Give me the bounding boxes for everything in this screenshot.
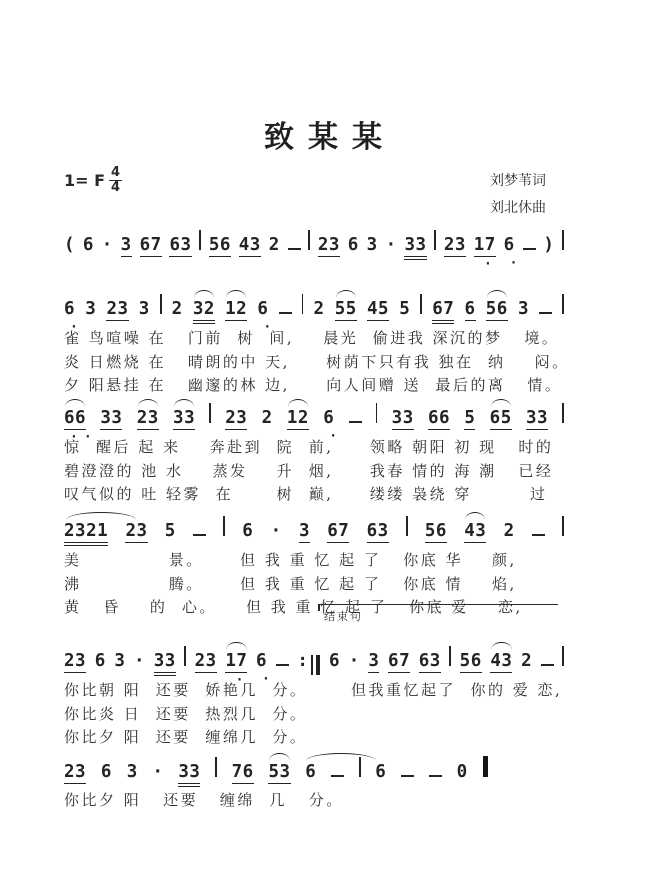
note-token: 63 <box>367 522 389 543</box>
lyric-line: 美 景。 但 我 重 忆 起 了 你底 华 颜, <box>64 549 564 573</box>
dash-extension <box>539 312 552 314</box>
dotted-note-dot: · <box>153 763 164 782</box>
note-token: 6 <box>329 652 340 671</box>
dotted-note-dot: · <box>349 652 360 671</box>
note-token: 2 <box>314 300 325 319</box>
barline <box>449 646 451 666</box>
note-token: 56 <box>460 652 482 673</box>
dash-extension <box>401 775 414 777</box>
dotted-note-dot: · <box>102 236 113 255</box>
note-token: 23 <box>106 300 128 321</box>
lyrics-block: 你比夕 阳 还要 缠绵 几 分。 <box>64 789 488 813</box>
octave-dot: ·· <box>64 435 86 441</box>
note-token: 6 <box>348 236 359 255</box>
note-token: 33 <box>154 652 176 673</box>
system-2: 6·3233232126·255455676563雀 鸟喧噪 在 门前 树 间,… <box>64 285 564 398</box>
barline <box>302 294 304 314</box>
note-token: 45 <box>367 300 389 321</box>
barline <box>215 757 217 777</box>
note-token: 6 <box>465 300 476 321</box>
lyric-line: 惊 醒后 起 来 奔赴到 院 前, 领略 朝阳 初 现 时的 <box>64 436 564 460</box>
lyric-line: 你比炎 日 还要 热烈几 分。 <box>64 703 564 727</box>
song-title: 致某某 <box>0 112 646 156</box>
note-token: 33 <box>100 409 122 430</box>
octave-dot: · <box>474 262 496 268</box>
note-token: 3 <box>114 652 125 671</box>
note-token: 33 <box>178 763 200 784</box>
note-token: 76 <box>232 763 254 784</box>
note-token: 6 <box>242 522 253 541</box>
sheet-music-page: 致某某 1= F 4 4 刘梦苇词 刘北休曲 结束句 (6·3676356432… <box>0 0 646 876</box>
note-token: 23 <box>225 409 247 430</box>
note-token: 3 <box>368 652 379 673</box>
lyric-line: 你比夕 阳 还要 缠绵 几 分。 <box>64 789 488 813</box>
note-token: 23 <box>64 652 86 673</box>
note-token: 23 <box>195 652 217 673</box>
system-5: 2363·332317·6·:6·3676356432你比朝 阳 还要 娇艳几 … <box>64 637 564 750</box>
octave-dot: · <box>257 325 268 331</box>
repeat-sign: : <box>297 652 320 671</box>
note-token: 2 <box>269 236 280 255</box>
note-token: 3 <box>518 300 529 319</box>
lyricist-credit: 刘梦苇词 <box>490 168 546 195</box>
note-token: 67 <box>432 300 454 321</box>
octave-dot: · <box>64 325 75 331</box>
lyrics-block: 惊 醒后 起 来 奔赴到 院 前, 领略 朝阳 初 现 时的碧澄澄的 池 水 蒸… <box>64 436 564 507</box>
system-6: 2363·337653660你比夕 阳 还要 缠绵 几 分。 <box>64 747 488 813</box>
final-barline <box>483 756 489 777</box>
dash-extension <box>523 248 536 250</box>
dash-extension <box>541 664 554 666</box>
note-token: 23 <box>444 236 466 257</box>
note-token: 5 <box>399 300 410 319</box>
meter-upper: 4 <box>109 166 122 181</box>
note-token: 56 <box>209 236 231 257</box>
lyrics-block: 雀 鸟喧噪 在 门前 树 间, 晨光 偷进我 深沉的梦 境。炎 日燃烧 在 晴朗… <box>64 327 564 398</box>
note-token: 2 <box>504 522 515 541</box>
note-token: 3 <box>299 522 310 543</box>
lyric-line: 沸 腾。 但 我 重 忆 起 了 你底 情 焰, <box>64 573 564 597</box>
time-signature: 4 4 <box>109 166 122 194</box>
note-token: 56 <box>486 300 508 321</box>
lyric-line: 碧澄澄的 池 水 蒸发 升 烟, 我春 情的 海 潮 已经 <box>64 460 564 484</box>
key-signature: 1= F 4 4 <box>64 166 122 194</box>
dotted-note-dot: · <box>386 236 397 255</box>
note-token: 6 <box>83 236 94 255</box>
note-token: 65 <box>490 409 512 430</box>
barline <box>406 516 408 536</box>
note-line: 2363·332317·6·:6·3676356432 <box>64 637 564 676</box>
note-line: 2363·337653660 <box>64 747 488 786</box>
note-token: 2 <box>521 652 532 671</box>
note-token: 23 <box>318 236 340 257</box>
lyric-line: 叹气似的 吐 轻雾 在 树 巅, 缕缕 袅绕 穿 过 <box>64 483 564 507</box>
barline <box>160 294 162 314</box>
dash-extension <box>349 421 362 423</box>
note-token: 33 <box>526 409 548 430</box>
lyric-line: 雀 鸟喧噪 在 门前 树 间, 晨光 偷进我 深沉的梦 境。 <box>64 327 564 351</box>
note-token: 6 <box>305 763 316 782</box>
note-token: 67 <box>140 236 162 257</box>
note-token: 2 <box>172 300 183 319</box>
dash-extension <box>193 534 206 536</box>
dotted-note-dot: · <box>134 652 145 671</box>
note-token: 3 <box>367 236 378 255</box>
note-line: 23212356·3676356432 <box>64 507 564 546</box>
note-token: 5 <box>165 522 176 541</box>
note-token: 6· <box>504 236 515 255</box>
note-line: (6·36763564322363·332317·6·) <box>64 221 564 260</box>
note-token: 33 <box>392 409 414 430</box>
composer-credit: 刘北休曲 <box>490 195 546 222</box>
note-token: 2 <box>262 409 273 428</box>
parenthesis: ) <box>543 236 554 255</box>
barline <box>376 403 378 423</box>
meter-lower: 4 <box>109 181 122 195</box>
note-token: 67 <box>388 652 410 673</box>
note-token: 32 <box>193 300 215 321</box>
note-token: 17· <box>225 652 247 673</box>
octave-dot: · <box>323 434 334 440</box>
system-3: 66··332333232126·336656533惊 醒后 起 来 奔赴到 院… <box>64 394 564 507</box>
note-token: 5 <box>464 409 475 430</box>
note-token: 33 <box>404 236 426 257</box>
note-line: 6·3233232126·255455676563 <box>64 285 564 324</box>
parenthesis: ( <box>64 236 75 255</box>
credits: 刘梦苇词 刘北休曲 <box>490 168 546 223</box>
barline <box>562 403 564 423</box>
barline <box>562 646 564 666</box>
lyric-line: 你比夕 阳 还要 缠绵几 分。 <box>64 726 564 750</box>
dotted-note-dot: · <box>271 522 282 541</box>
note-token: 3 <box>85 300 96 319</box>
note-token: 53 <box>268 763 290 784</box>
dash-extension <box>532 534 545 536</box>
note-token: 17· <box>474 236 496 257</box>
barline <box>562 516 564 536</box>
octave-dot: · <box>504 261 515 267</box>
dash-extension <box>279 312 292 314</box>
barline <box>420 294 422 314</box>
note-token: 55 <box>335 300 357 321</box>
note-token: 43 <box>464 522 486 543</box>
note-token: 0 <box>457 763 468 782</box>
note-token: 23 <box>137 409 159 430</box>
system-4: 23212356·3676356432美 景。 但 我 重 忆 起 了 你底 华… <box>64 507 564 620</box>
note-token: 3 <box>127 763 138 782</box>
dash-extension <box>331 775 344 777</box>
barline <box>562 294 564 314</box>
note-token: 23 <box>125 522 147 543</box>
note-token: 2321 <box>64 522 108 543</box>
note-token: 6 <box>101 763 112 782</box>
barline <box>308 230 310 250</box>
barline <box>209 403 211 423</box>
note-token: 43 <box>490 652 512 673</box>
note-token: 66 <box>428 409 450 430</box>
lyrics-block: 你比朝 阳 还要 娇艳几 分。 但我重忆起了 你的 爱 恋,你比炎 日 还要 热… <box>64 679 564 750</box>
octave-dot: · <box>256 677 267 683</box>
dash-extension <box>429 775 442 777</box>
note-token: 6· <box>64 300 75 319</box>
note-token: 66·· <box>64 409 86 430</box>
octave-dot: · <box>225 678 247 684</box>
note-token: 3 <box>121 236 132 257</box>
note-token: 6 <box>375 763 386 782</box>
lyric-line: 炎 日燃烧 在 晴朗的中 天, 树荫下只有我 独在 纳 闷。 <box>64 351 564 375</box>
barline <box>434 230 436 250</box>
barline <box>223 516 225 536</box>
barline <box>184 646 186 666</box>
note-token: 3 <box>139 300 150 319</box>
barline <box>199 230 201 250</box>
note-token: 23 <box>64 763 86 784</box>
note-token: 63 <box>169 236 191 257</box>
note-token: 12 <box>225 300 247 321</box>
system-1: (6·36763564322363·332317·6·) <box>64 221 564 260</box>
lyric-line: 黄 昏 的 心。 但 我 重 忆 起 了 你底 爱 恋, <box>64 596 564 620</box>
note-token: 63 <box>419 652 441 673</box>
note-token: 33 <box>173 409 195 430</box>
lyrics-block: 美 景。 但 我 重 忆 起 了 你底 华 颜,沸 腾。 但 我 重 忆 起 了… <box>64 549 564 620</box>
note-token: 56 <box>425 522 447 543</box>
lyric-line: 你比朝 阳 还要 娇艳几 分。 但我重忆起了 你的 爱 恋, <box>64 679 564 703</box>
note-token: 6· <box>323 409 334 428</box>
note-token: 43 <box>239 236 261 257</box>
key-prefix: 1= F <box>64 171 105 190</box>
note-token: 67 <box>327 522 349 543</box>
note-token: 6· <box>256 652 267 671</box>
note-line: 66··332333232126·336656533 <box>64 394 564 433</box>
barline <box>562 230 564 250</box>
dash-extension <box>276 664 289 666</box>
note-token: 12 <box>287 409 309 430</box>
dash-extension <box>288 248 301 250</box>
note-token: 6 <box>95 652 106 671</box>
note-token: 6· <box>257 300 268 319</box>
